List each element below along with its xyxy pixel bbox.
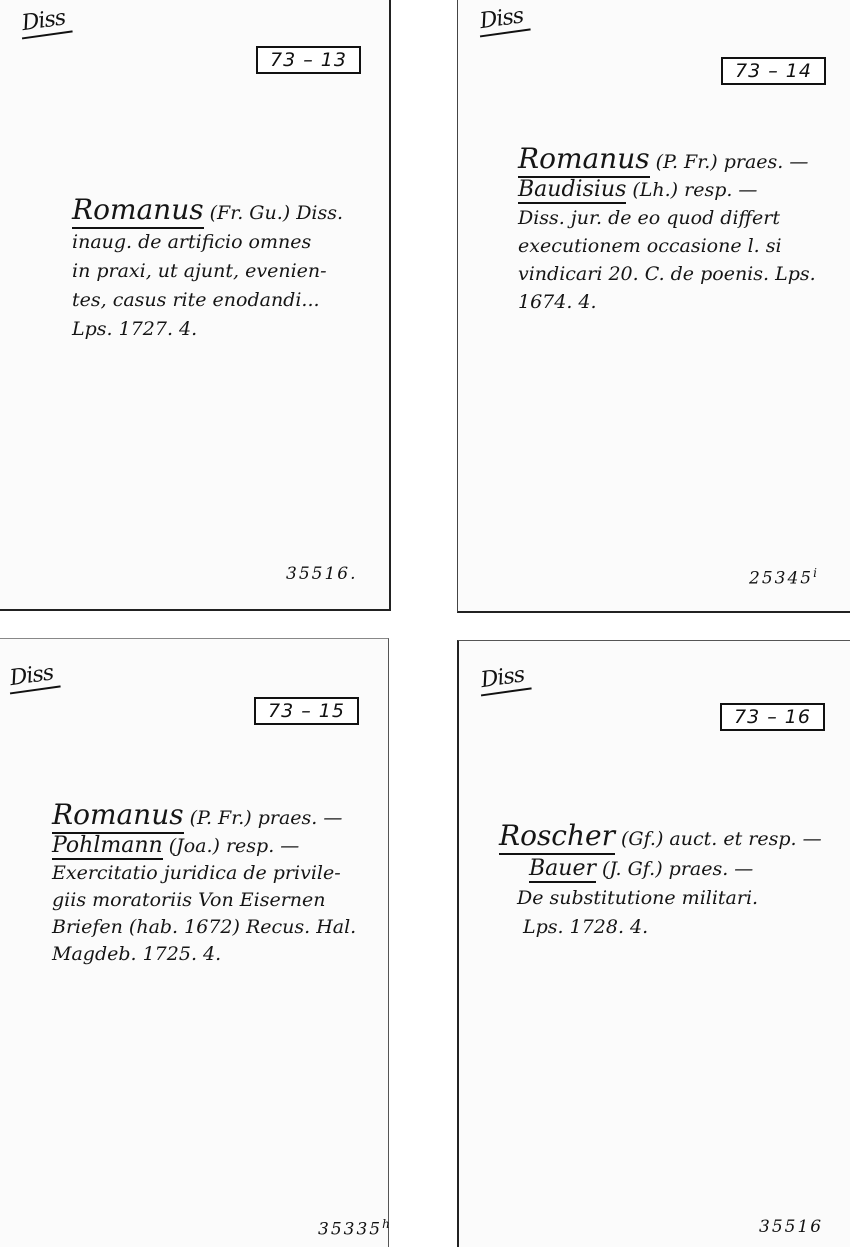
entry-line: Roscher(Gf.) auct. et resp. — <box>499 821 822 854</box>
respondent-details: (Joa.) resp. — <box>169 835 300 857</box>
entry-line: executionem occasione l. si <box>518 232 816 260</box>
catalog-card-73-13: Diss 73 – 13 Romanus(Fr. Gu.) Diss. inau… <box>0 0 391 611</box>
entry-line: 1674. 4. <box>518 288 816 316</box>
accession-digits: 35335 <box>318 1220 382 1240</box>
catalog-entry: Romanus(Fr. Gu.) Diss. inaug. de artific… <box>72 195 343 344</box>
author-details: (P. Fr.) praes. — <box>656 151 809 173</box>
entry-line: Romanus(P. Fr.) praes. — <box>518 145 816 176</box>
respondent-details: (Lh.) resp. — <box>632 179 757 201</box>
author-details: (Fr. Gu.) Diss. <box>210 202 343 224</box>
accession-number: 35516. <box>286 564 357 584</box>
author-name: Romanus <box>52 798 184 834</box>
author-name: Roscher <box>499 819 615 855</box>
call-number: 73 – 16 <box>720 703 825 731</box>
catalog-card-73-14: Diss 73 – 14 Romanus(P. Fr.) praes. — Ba… <box>457 0 850 613</box>
author-details: (P. Fr.) praes. — <box>190 807 343 829</box>
author-name: Romanus <box>72 193 204 229</box>
accession-number: 25345i <box>749 566 817 589</box>
accession-number: 35335h <box>318 1217 390 1240</box>
entry-line: Bauer(J. Gf.) praes. — <box>499 854 822 884</box>
accession-digits: 25345 <box>749 569 813 589</box>
entry-line: Lps. 1728. 4. <box>499 913 822 942</box>
category-label: Diss <box>476 3 531 38</box>
catalog-entry: Romanus(P. Fr.) praes. — Baudisius(Lh.) … <box>518 145 816 316</box>
entry-line: Lps. 1727. 4. <box>72 315 343 344</box>
entry-line: in praxi, ut ajunt, evenien- <box>72 257 343 286</box>
catalog-entry: Roscher(Gf.) auct. et resp. — Bauer(J. G… <box>499 821 822 942</box>
call-number: 73 – 14 <box>721 57 826 85</box>
entry-line: Exercitatio juridica de privile- <box>52 860 356 887</box>
respondent-name: Pohlmann <box>52 833 163 860</box>
entry-line: Romanus(P. Fr.) praes. — <box>52 801 356 832</box>
accession-suffix: i <box>813 566 817 580</box>
category-label: Diss <box>18 5 73 40</box>
entry-line: tes, casus rite enodandi... <box>72 286 343 315</box>
author-name: Romanus <box>518 142 650 178</box>
category-label: Diss <box>477 662 532 697</box>
entry-line: Romanus(Fr. Gu.) Diss. <box>72 195 343 228</box>
call-number: 73 – 15 <box>254 697 359 725</box>
accession-number: 35516 <box>759 1217 823 1237</box>
catalog-card-73-15: Diss 73 – 15 Romanus(P. Fr.) praes. — Po… <box>0 638 389 1247</box>
entry-line: giis moratoriis Von Eisernen <box>52 887 356 914</box>
entry-line: Diss. jur. de eo quod differt <box>518 204 816 232</box>
entry-line: Baudisius(Lh.) resp. — <box>518 176 816 204</box>
entry-line: Pohlmann(Joa.) resp. — <box>52 832 356 860</box>
catalog-entry: Romanus(P. Fr.) praes. — Pohlmann(Joa.) … <box>52 801 356 968</box>
entry-line: vindicari 20. C. de poenis. Lps. <box>518 260 816 288</box>
category-label: Diss <box>6 660 61 695</box>
praeses-details: (J. Gf.) praes. — <box>602 858 753 880</box>
author-details: (Gf.) auct. et resp. — <box>621 828 822 850</box>
entry-line: inaug. de artificio omnes <box>72 228 343 257</box>
praeses-name: Bauer <box>529 856 596 883</box>
call-number: 73 – 13 <box>256 46 361 74</box>
entry-line: De substitutione militari. <box>499 884 822 913</box>
catalog-card-73-16: Diss 73 – 16 Roscher(Gf.) auct. et resp.… <box>457 640 850 1247</box>
accession-suffix: h <box>382 1217 390 1231</box>
entry-line: Magdeb. 1725. 4. <box>52 941 356 968</box>
respondent-name: Baudisius <box>518 177 626 204</box>
entry-line: Briefen (hab. 1672) Recus. Hal. <box>52 914 356 941</box>
